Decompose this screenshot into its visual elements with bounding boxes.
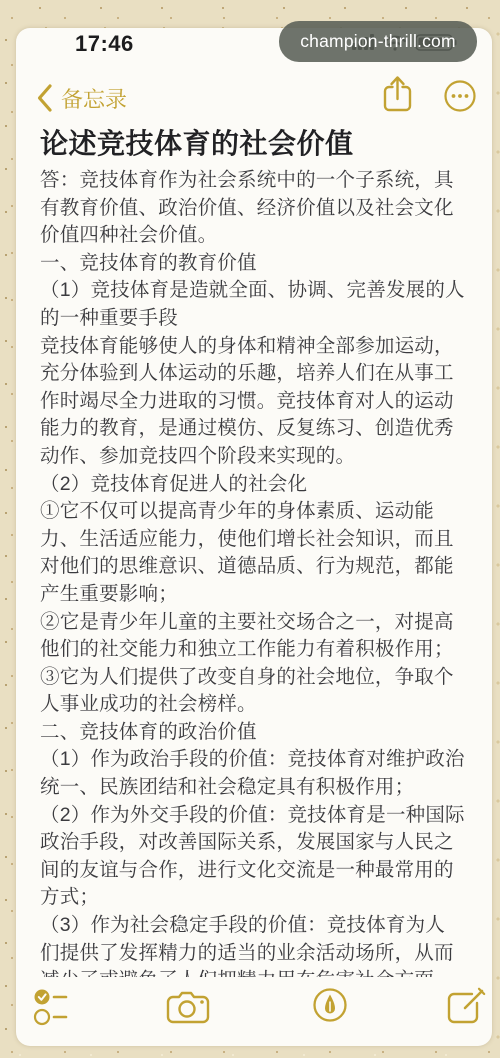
note-line: 们提供了发挥精力的适当的业余活动场所，从而 (40, 940, 478, 968)
note-line: （1）竞技体育是造就全面、协调、完善发展的人 (40, 277, 478, 305)
note-body[interactable]: 答：竞技体育作为社会系统中的一个子系统，具有教育价值、政治价值、经济价值以及社会… (40, 167, 478, 977)
note-line: 二、竞技体育的政治价值 (40, 719, 478, 747)
bottom-toolbar (0, 984, 500, 1032)
note-line: 有教育价值、政治价值、经济价值以及社会文化 (40, 195, 478, 223)
note-line: ③它为人们提供了改变自身的社会地位，争取个 (40, 664, 478, 692)
note-line: 充分体验到人体运动的乐趣，培养人们在从事工 (40, 360, 478, 388)
note-line: 竞技体育能够使人的身体和精神全部参加运动， (40, 333, 478, 361)
note-line: （2）作为外交手段的价值：竞技体育是一种国际 (40, 802, 478, 830)
note-line: 产生重要影响； (40, 581, 478, 609)
compose-icon (446, 987, 486, 1027)
markup-button[interactable] (311, 986, 349, 1024)
screen: 17:46 champion-thrill.com (0, 0, 500, 1058)
note-line: 他们的社交能力和独立工作能力有着积极作用； (40, 636, 478, 664)
note-line: ①它不仅可以提高青少年的身体素质、运动能 (40, 498, 478, 526)
note-line: 统一、民族团结和社会稳定具有积极作用； (40, 774, 478, 802)
note-line: 一、竞技体育的教育价值 (40, 250, 478, 278)
note-line: 政治手段，对改善国际关系，发展国家与人民之 (40, 829, 478, 857)
note-line: （1）作为政治手段的价值：竞技体育对维护政治 (40, 746, 478, 774)
share-button[interactable] (382, 74, 413, 114)
checklist-button[interactable] (33, 986, 71, 1028)
more-button[interactable] (443, 79, 477, 113)
checklist-icon (33, 986, 71, 1028)
note-line: 对他们的思维意识、道德品质、行为规范，都能 (40, 553, 478, 581)
note-line: ②它是青少年儿童的主要社交场合之一，对提高 (40, 609, 478, 637)
status-time: 17:46 (75, 31, 134, 57)
note-line: 答：竞技体育作为社会系统中的一个子系统，具 (40, 167, 478, 195)
compose-button[interactable] (446, 987, 486, 1027)
note-line: 动作、参加竞技四个阶段来实现的。 (40, 443, 478, 471)
note-line: 间的友谊与合作，进行文化交流是一种最常用的 (40, 857, 478, 885)
note-line: 能力的教育，是通过模仿、反复练习、创造优秀 (40, 415, 478, 443)
back-label: 备忘录 (61, 83, 127, 114)
note-line: 价值四种社会价值。 (40, 222, 478, 250)
share-icon (382, 74, 413, 114)
note-line: 方式； (40, 884, 478, 912)
watermark-text: champion-thrill.com (300, 31, 456, 52)
note-title: 论述竞技体育的社会价值 (40, 122, 470, 162)
chevron-left-icon (36, 83, 53, 113)
back-button[interactable]: 备忘录 (36, 80, 127, 116)
watermark-pill: champion-thrill.com (279, 21, 477, 62)
note-line: （2）竞技体育促进人的社会化 (40, 471, 478, 499)
camera-button[interactable] (166, 989, 210, 1025)
camera-icon (166, 989, 210, 1025)
ellipsis-circle-icon (443, 79, 477, 113)
markup-pen-icon (311, 986, 349, 1024)
note-line: 力、生活适应能力，使他们增长社会知识，而且 (40, 526, 478, 554)
note-line: 作时竭尽全力进取的习惯。竞技体育对人的运动 (40, 388, 478, 416)
note-line: （3）作为社会稳定手段的价值：竞技体育为人 (40, 912, 478, 940)
note-line: 人事业成功的社会榜样。 (40, 691, 478, 719)
note-line: 的一种重要手段 (40, 305, 478, 333)
note-line: 减少了或避免了人们把精力用在危害社会方面 (40, 967, 478, 977)
